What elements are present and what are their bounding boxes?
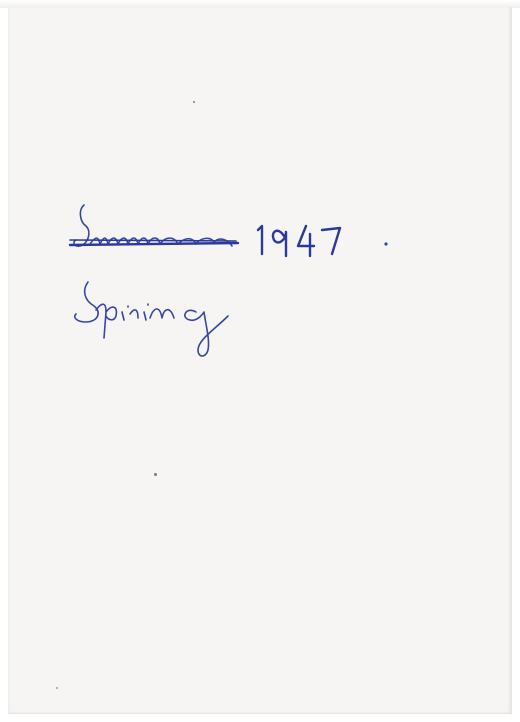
handwriting-strokes (0, 0, 520, 722)
